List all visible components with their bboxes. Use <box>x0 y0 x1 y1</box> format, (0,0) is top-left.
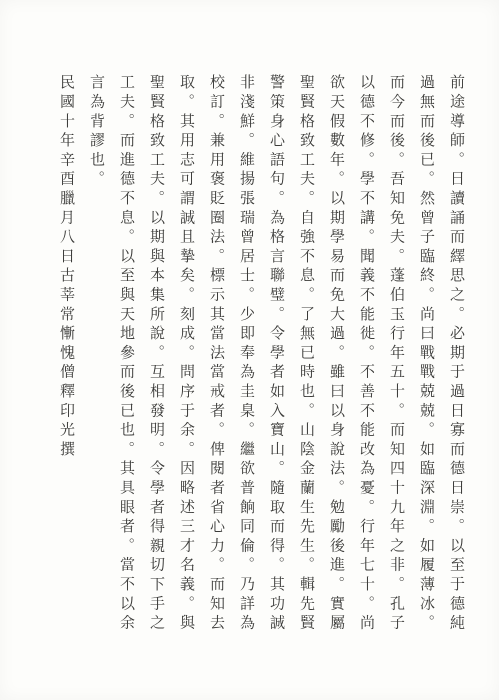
text-column-8: 非淺鮮。維揚張瑞曾居士。少即奉為圭臬。繼欲普餉同倫。乃詳為 <box>231 74 261 646</box>
text-column-6: 聖賢格致工夫。自強不息。了無已時也。山陰金蘭生先生。輯先賢 <box>291 74 321 646</box>
text-column-12: 工夫。而進德不息。以至與天地參而後已也。其具眼者。當不以余 <box>111 74 141 646</box>
vertical-text-block: 前途導師。日讀誦而繹思之。必期于過日寡而德日崇。以至于德純 過無而後已。然曾子臨… <box>51 74 471 646</box>
text-column-7: 警策身心語句。為格言聯璧。令學者如入寶山。隨取而得。其功誠 <box>261 74 291 646</box>
text-column-5: 欲天假數年。以期學易而免大過。雖曰以身說法。勉勵後進。實屬 <box>321 74 351 646</box>
text-column-9: 校訂。兼用褒貶圈法。標示其當法當戒者。俾閱者省心力。而知去 <box>201 74 231 646</box>
manuscript-page: 前途導師。日讀誦而繹思之。必期于過日寡而德日崇。以至于德純 過無而後已。然曾子臨… <box>0 0 499 700</box>
text-column-3: 而今而後。吾知免夫。蓬伯玉行年五十。而知四十九年之非。孔子 <box>381 74 411 646</box>
text-column-13: 言為背謬也。 <box>81 74 111 646</box>
text-column-2: 過無而後已。然曾子臨終。尚曰戰戰兢兢。如臨深淵。如履薄冰。 <box>411 74 441 646</box>
text-column-10: 取。其用志可謂誠且摯矣。刻成。問序于余。因略述三才名義。與 <box>171 74 201 646</box>
text-column-11: 聖賢格致工夫。以期與本集所說。互相發明。令學者得親切下手之 <box>141 74 171 646</box>
text-column-4: 以德不修。學不講。聞義不能徙。不善不能改為憂。行年七十。尚 <box>351 74 381 646</box>
text-column-1: 前途導師。日讀誦而繹思之。必期于過日寡而德日崇。以至于德純 <box>441 74 471 646</box>
colophon-column: 民國十年辛酉臘月八日古莘常慚愧僧釋印光撰 <box>51 74 81 646</box>
